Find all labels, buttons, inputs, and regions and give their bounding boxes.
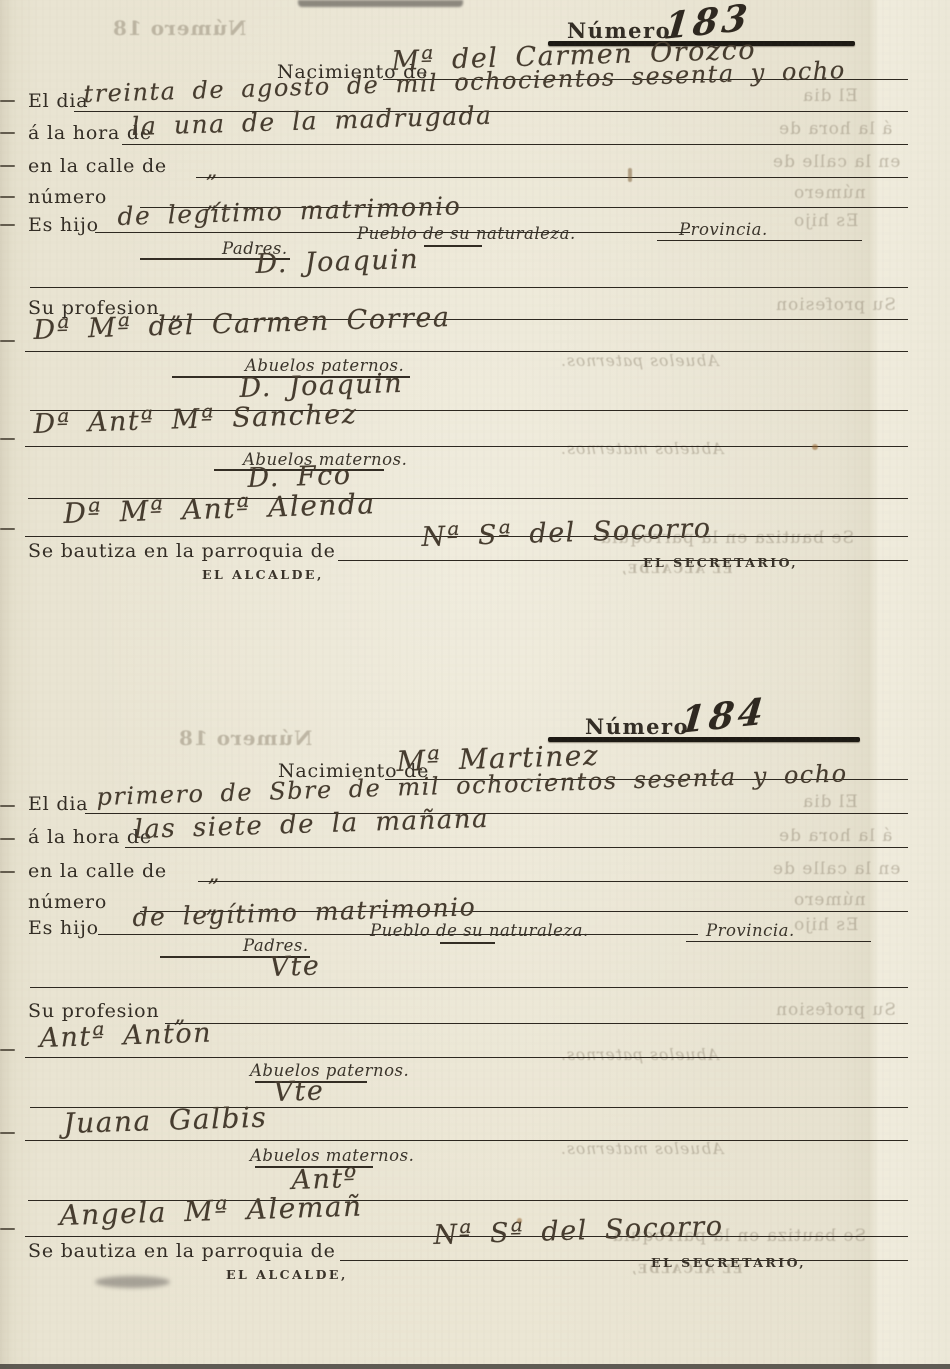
page-edge-tick <box>0 1049 15 1051</box>
bleedthrough-text: Abuelos paternos. <box>560 1046 719 1064</box>
street-value: „ <box>208 862 221 887</box>
page-edge-tick <box>0 100 15 102</box>
el-dia-label: El dia <box>28 793 88 815</box>
bleedthrough-text: Número 18 <box>112 16 246 40</box>
alcalde-signature-label: EL ALCALDE, <box>226 1267 348 1282</box>
paternal-grandmother-value: Dª Antª Mª Sanchez <box>33 399 358 440</box>
es-hijo-label: Es hijo <box>28 917 99 939</box>
bleedthrough-text: El dia <box>802 86 858 106</box>
secretario-signature-label: EL SECRETARIO, <box>643 555 798 570</box>
form-line <box>125 847 908 848</box>
form-line <box>338 560 908 561</box>
numero-casa-label: número <box>28 186 107 208</box>
abuelos-maternos-label: Abuelos maternos. <box>250 1146 414 1165</box>
provincia-label: Provincia. <box>679 220 768 239</box>
father-name-value: Vte <box>269 950 321 983</box>
es-hijo-label: Es hijo <box>28 214 99 236</box>
page-edge-tick <box>0 805 15 807</box>
form-line <box>30 287 908 288</box>
paternal-grandmother-value: Juana Galbis <box>63 1101 268 1140</box>
form-line <box>424 245 482 247</box>
paternal-grandfather-value: D. Joaquin <box>239 368 404 404</box>
bleedthrough-text: Es hijo <box>793 915 858 935</box>
bleedthrough-text: Número 18 <box>178 726 312 750</box>
form-line <box>165 1023 908 1024</box>
form-line <box>340 1260 908 1261</box>
bleedthrough-text: Su profesion <box>775 1000 896 1020</box>
form-line <box>25 1140 908 1141</box>
ink-speck <box>628 168 632 182</box>
bleedthrough-text: El dia <box>802 792 858 812</box>
bleedthrough-text: Su profesion <box>775 295 896 315</box>
calle-label: en la calle de <box>28 860 167 882</box>
form-line <box>686 941 871 942</box>
form-line <box>25 351 908 352</box>
secretario-signature-label: EL SECRETARIO, <box>651 1255 806 1270</box>
bleedthrough-text: Es hijo <box>793 211 858 231</box>
bleedthrough-text: Abuelos maternos. <box>560 440 723 458</box>
form-line <box>657 240 862 241</box>
se-bautiza-label: Se bautiza en la parroquia de <box>28 1240 336 1262</box>
page-edge-tick <box>0 871 15 873</box>
bleedthrough-text: á la hora de <box>778 119 892 139</box>
bleedthrough-text: número <box>793 183 865 203</box>
form-line <box>25 1057 908 1058</box>
bleedthrough-text: en la calle de <box>772 152 900 172</box>
calle-label: en la calle de <box>28 155 167 177</box>
maternal-grandmother-value: Dª Mª Antª Alenda <box>63 487 376 530</box>
se-bautiza-label: Se bautiza en la parroquia de <box>28 540 336 562</box>
page-edge-tick <box>0 1228 15 1230</box>
form-line <box>122 144 908 145</box>
pueblo-naturaleza-label: Pueblo de su naturaleza. <box>370 921 589 940</box>
street-value: „ <box>206 158 219 183</box>
bleedthrough-text: á la hora de <box>778 826 892 846</box>
page-edge-tick <box>0 438 15 440</box>
page-edge-tick <box>0 224 15 226</box>
page-edge-tick <box>0 132 15 134</box>
maternal-grandmother-value: Angela Mª Alemañ <box>59 1189 363 1232</box>
ink-smudge <box>298 0 463 7</box>
numero-casa-label: número <box>28 891 107 913</box>
bleedthrough-text: en la calle de <box>772 859 900 879</box>
father-name-value: D. Joaquin <box>255 244 420 280</box>
alcalde-signature-label: EL ALCALDE, <box>202 567 324 582</box>
numero-header-label: Número <box>585 714 689 739</box>
form-line <box>196 177 908 178</box>
bleedthrough-text: Abuelos maternos. <box>560 1140 723 1158</box>
paternal-grandfather-value: Vte <box>273 1075 325 1108</box>
su-profesion-label: Su profesion <box>28 1000 159 1022</box>
form-line <box>25 446 908 447</box>
bleedthrough-text: Abuelos paternos. <box>560 352 719 370</box>
hora-label: á la hora de <box>28 826 152 848</box>
form-line <box>198 881 908 882</box>
bleedthrough-text: número <box>793 890 865 910</box>
page-edge-tick <box>0 1132 15 1134</box>
page-edge-tick <box>0 528 15 530</box>
el-dia-label: El dia <box>28 90 88 112</box>
mother-name-value: Antª Anton <box>39 1018 212 1054</box>
birth-hour-value: las siete de la mañana <box>134 804 489 845</box>
form-line <box>30 987 908 988</box>
page-edge-tick <box>0 340 15 342</box>
provincia-label: Provincia. <box>706 921 795 940</box>
page-edge-tick <box>0 165 15 167</box>
birth-hour-value: la una de la madrugada <box>131 101 493 141</box>
pueblo-naturaleza-label: Pueblo de su naturaleza. <box>357 224 576 243</box>
page-edge-tick <box>0 838 15 840</box>
ink-smudge <box>95 1276 170 1288</box>
form-line <box>440 942 495 944</box>
page-edge-tick <box>0 196 15 198</box>
scan-edge <box>0 1364 950 1369</box>
scanned-page: Número 18 El dia á la hora de en la call… <box>0 0 950 1369</box>
record-number-value: 184 <box>678 690 769 742</box>
